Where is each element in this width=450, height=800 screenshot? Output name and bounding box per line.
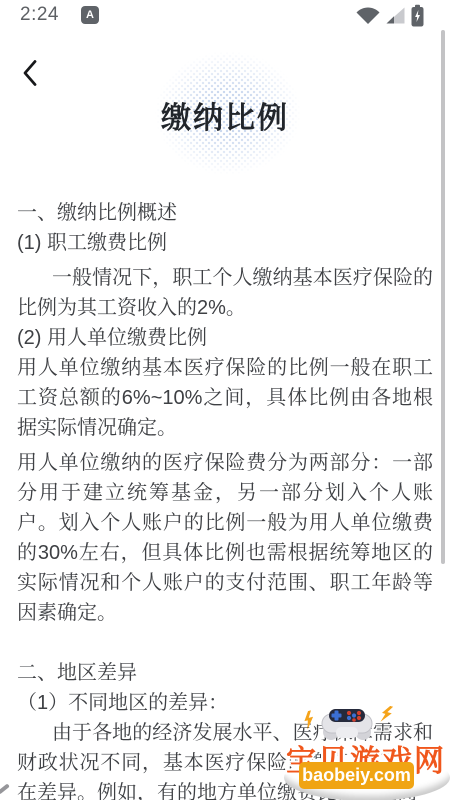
list-item-1-label: (1) 职工缴费比例: [17, 228, 433, 258]
list-item-2-label: (2) 用人单位缴费比例: [17, 323, 433, 353]
paragraph-2: 用人单位缴纳基本医疗保险的比例一般在职工工资总额的6%~10%之间，具体比例由各…: [17, 353, 433, 443]
status-time: 2:24: [20, 4, 59, 26]
status-icons: [356, 4, 424, 27]
watermark-site-url-badge: baobeiy.com: [299, 762, 414, 789]
back-button[interactable]: [22, 59, 38, 87]
wifi-icon: [356, 6, 380, 25]
app-screen: 2:24 A: [0, 0, 450, 800]
page-title: 缴纳比例: [0, 93, 450, 137]
cellular-signal-icon: [386, 7, 405, 24]
battery-charging-icon: [411, 4, 424, 27]
paragraph-1: 一般情况下，职工个人缴纳基本医疗保险的比例为其工资收入的2%。: [17, 263, 433, 323]
section-heading-1: 一、缴纳比例概述: [17, 198, 433, 228]
scrollbar-thumb[interactable]: [441, 30, 445, 564]
paragraph-3: 用人单位缴纳的医疗保险费分为两部分：一部分用于建立统筹基金，另一部分划入个人账户…: [17, 448, 433, 628]
section-heading-2: 二、地区差异: [17, 658, 433, 688]
app-letter-badge-icon: A: [81, 6, 99, 24]
stray-glyph-fragment: [0, 783, 10, 794]
status-bar: 2:24 A: [0, 0, 450, 30]
chevron-left-icon: [22, 74, 38, 91]
